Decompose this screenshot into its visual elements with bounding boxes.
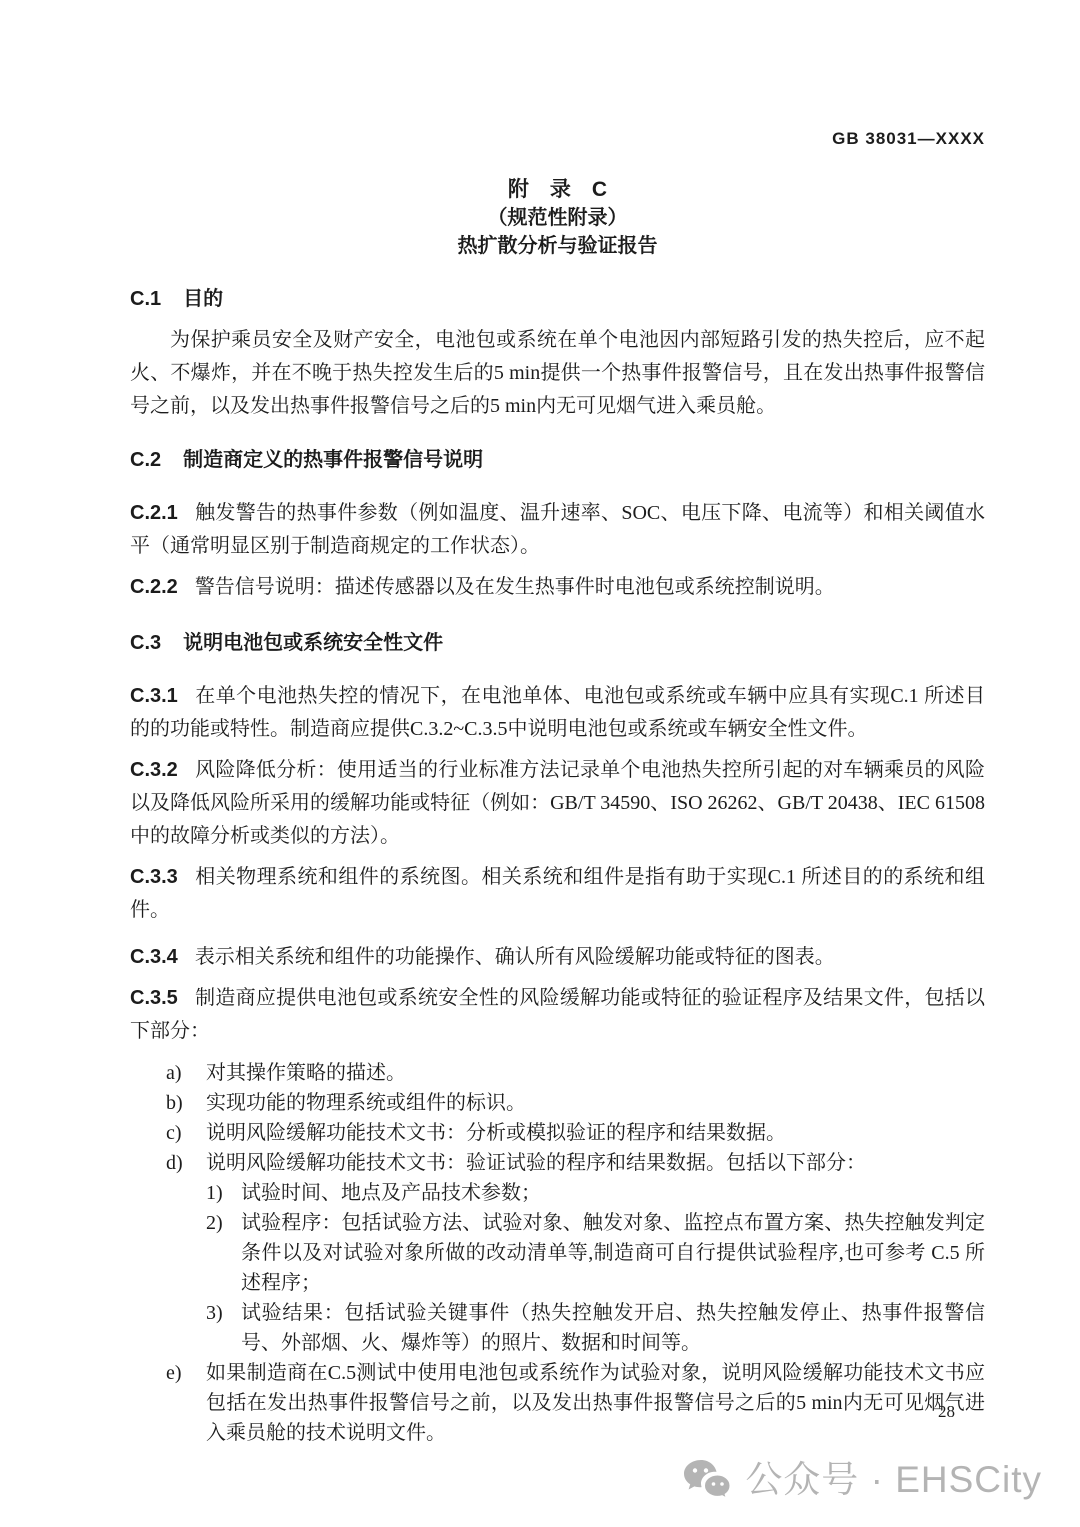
clause-c33: C.3.3相关物理系统和组件的系统图。相关系统和组件是指有助于实现C.1 所述目… <box>130 861 985 927</box>
list-item-text: 试验程序：包括试验方法、试验对象、触发对象、监控点布置方案、热失控触发判定条件以… <box>241 1212 985 1294</box>
clause-body: 触发警告的热事件参数（例如温度、温升速率、SOC、电压下降、电流等）和相关阈值水… <box>130 502 985 557</box>
clause-number: C.3.3 <box>130 866 178 888</box>
clause-c31: C.3.1在单个电池热失控的情况下，在电池单体、电池包或系统或车辆中应具有实现C… <box>130 680 985 746</box>
section-title: 目的 <box>183 288 223 310</box>
list-item-d3: 3)试验结果：包括试验关键事件（热失控触发开启、热失控触发停止、热事件报警信号、… <box>130 1298 985 1358</box>
appendix-subject-title: 热扩散分析与验证报告 <box>130 232 985 260</box>
clause-number: C.3.1 <box>130 685 178 707</box>
clause-c32: C.3.2风险降低分析：使用适当的行业标准方法记录单个电池热失控所引起的对车辆乘… <box>130 754 985 853</box>
clause-body: 制造商应提供电池包或系统安全性的风险缓解功能或特征的验证程序及结果文件，包括以下… <box>130 987 985 1042</box>
list-item-e: e)如果制造商在C.5测试中使用电池包或系统作为试验对象，说明风险缓解功能技术文… <box>130 1358 985 1448</box>
list-marker: c) <box>166 1118 182 1148</box>
list-marker: d) <box>166 1148 183 1178</box>
clause-c21: C.2.1触发警告的热事件参数（例如温度、温升速率、SOC、电压下降、电流等）和… <box>130 497 985 563</box>
section-number: C.2 <box>130 449 161 471</box>
section-heading-c3: C.3说明电池包或系统安全性文件 <box>130 630 985 656</box>
section-heading-c1: C.1目的 <box>130 286 985 312</box>
clause-c22: C.2.2警告信号说明：描述传感器以及在发生热事件时电池包或系统控制说明。 <box>130 571 985 604</box>
clause-number: C.3.2 <box>130 759 178 781</box>
list-marker: e) <box>166 1358 182 1388</box>
list-item-text: 试验结果：包括试验关键事件（热失控触发开启、热失控触发停止、热事件报警信号、外部… <box>241 1302 985 1354</box>
list-item-text: 说明风险缓解功能技术文书：验证试验的程序和结果数据。包括以下部分： <box>206 1152 866 1174</box>
section-heading-c2: C.2制造商定义的热事件报警信号说明 <box>130 447 985 473</box>
clause-number: C.2.1 <box>130 502 178 524</box>
list-item-text: 对其操作策略的描述。 <box>206 1062 406 1084</box>
page-number: 28 <box>938 1402 955 1422</box>
list-marker: 2) <box>206 1208 223 1238</box>
list-item-d: d)说明风险缓解功能技术文书：验证试验的程序和结果数据。包括以下部分： <box>130 1148 985 1178</box>
section-title: 说明电池包或系统安全性文件 <box>183 632 443 654</box>
list-item-text: 说明风险缓解功能技术文书：分析或模拟验证的程序和结果数据。 <box>206 1122 786 1144</box>
clause-c35: C.3.5制造商应提供电池包或系统安全性的风险缓解功能或特征的验证程序及结果文件… <box>130 982 985 1048</box>
list-marker: b) <box>166 1088 183 1118</box>
watermark: 公众号 · EHSCity <box>681 1456 1042 1504</box>
section-title: 制造商定义的热事件报警信号说明 <box>183 449 483 471</box>
section-number: C.1 <box>130 288 161 310</box>
clause-body: 相关物理系统和组件的系统图。相关系统和组件是指有助于实现C.1 所述目的的系统和… <box>130 866 985 921</box>
clause-number: C.2.2 <box>130 576 178 598</box>
list-marker: 3) <box>206 1298 223 1328</box>
clause-body: 警告信号说明：描述传感器以及在发生热事件时电池包或系统控制说明。 <box>195 576 835 598</box>
list-marker: 1) <box>206 1178 223 1208</box>
list-item-text: 实现功能的物理系统或组件的标识。 <box>206 1092 526 1114</box>
clause-c35-list: a)对其操作策略的描述。 b)实现功能的物理系统或组件的标识。 c)说明风险缓解… <box>130 1058 985 1448</box>
paragraph-c1-body: 为保护乘员安全及财产安全，电池包或系统在单个电池因内部短路引发的热失控后，应不起… <box>130 324 985 423</box>
clause-number: C.3.5 <box>130 987 178 1009</box>
clause-body: 在单个电池热失控的情况下，在电池单体、电池包或系统或车辆中应具有实现C.1 所述… <box>130 685 985 740</box>
standard-number: GB 38031—XXXX <box>130 128 985 150</box>
list-item-text: 试验时间、地点及产品技术参数； <box>241 1182 541 1204</box>
clause-c34: C.3.4表示相关系统和组件的功能操作、确认所有风险缓解功能或特征的图表。 <box>130 941 985 974</box>
clause-number: C.3.4 <box>130 946 178 968</box>
list-marker: a) <box>166 1058 182 1088</box>
list-item-c: c)说明风险缓解功能技术文书：分析或模拟验证的程序和结果数据。 <box>130 1118 985 1148</box>
document-page: GB 38031—XXXX 附 录 C （规范性附录） 热扩散分析与验证报告 C… <box>0 0 1080 1527</box>
clause-body: 表示相关系统和组件的功能操作、确认所有风险缓解功能或特征的图表。 <box>195 946 835 968</box>
list-item-d1: 1)试验时间、地点及产品技术参数； <box>130 1178 985 1208</box>
list-item-a: a)对其操作策略的描述。 <box>130 1058 985 1088</box>
wechat-icon <box>681 1458 733 1502</box>
appendix-type-label: （规范性附录） <box>130 204 985 232</box>
section-number: C.3 <box>130 632 161 654</box>
appendix-title: 附 录 C <box>130 176 985 204</box>
appendix-title-block: 附 录 C （规范性附录） 热扩散分析与验证报告 <box>130 176 985 260</box>
clause-body: 风险降低分析：使用适当的行业标准方法记录单个电池热失控所引起的对车辆乘员的风险以… <box>130 759 985 847</box>
page-content: GB 38031—XXXX 附 录 C （规范性附录） 热扩散分析与验证报告 C… <box>130 0 985 1448</box>
list-item-d2: 2)试验程序：包括试验方法、试验对象、触发对象、监控点布置方案、热失控触发判定条… <box>130 1208 985 1298</box>
list-item-text: 如果制造商在C.5测试中使用电池包或系统作为试验对象，说明风险缓解功能技术文书应… <box>206 1362 985 1444</box>
watermark-label: 公众号 · EHSCity <box>745 1456 1042 1504</box>
list-item-b: b)实现功能的物理系统或组件的标识。 <box>130 1088 985 1118</box>
